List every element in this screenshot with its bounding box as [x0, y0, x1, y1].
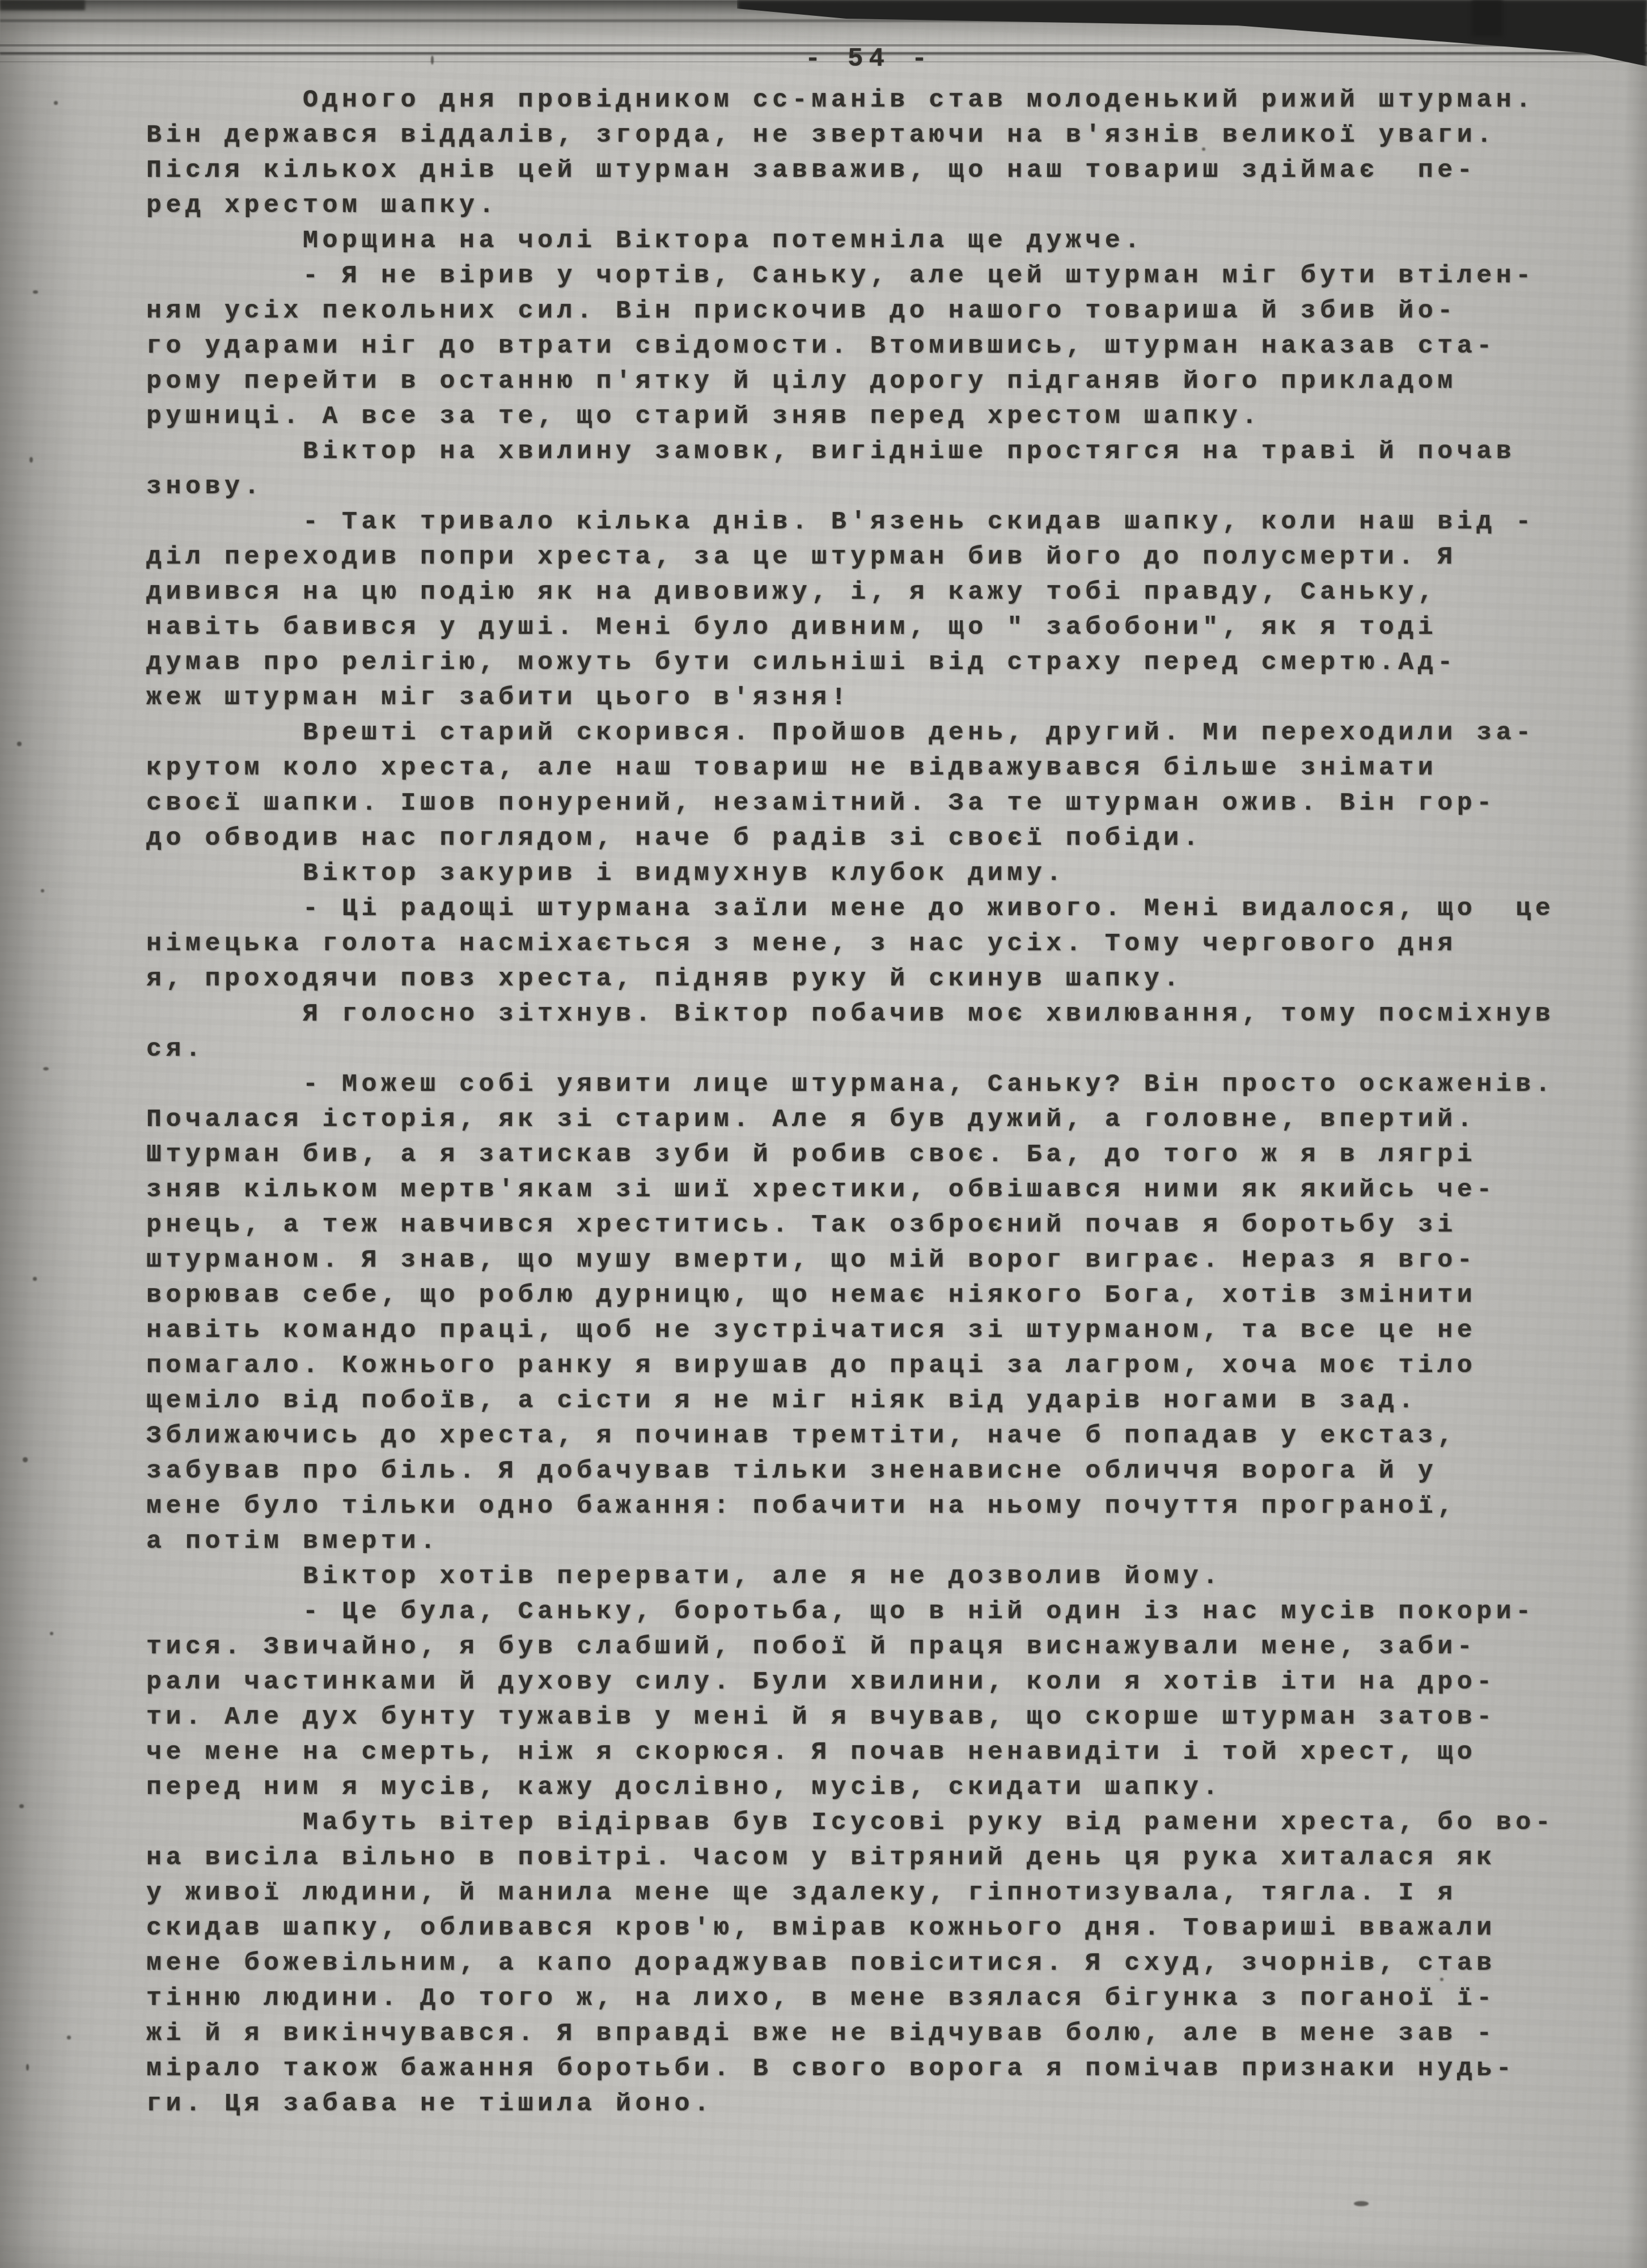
- ink-speck: [1354, 2201, 1369, 2206]
- paragraph: - Я не вірив у чортів, Саньку, але цей ш…: [146, 259, 1602, 434]
- document-page: - 54 - Одного дня провідником сс-манів с…: [0, 0, 1647, 2268]
- text-line: щеміло від побоїв, а сісти я не міг ніяк…: [146, 1383, 1602, 1419]
- text-line: дивився на цю подію як на дивовижу, і, я…: [146, 575, 1602, 610]
- text-line: рушниці. А все за те, що старий зняв пер…: [146, 399, 1602, 434]
- ink-speck: [23, 1457, 28, 1462]
- text-line: го ударами ніг до втрати свідомости. Вто…: [146, 329, 1602, 364]
- text-line: жеж штурман міг забити цього в'язня!: [146, 680, 1602, 716]
- scan-topleft-nib: [0, 0, 85, 10]
- text-line: мене божевільним, а капо дораджував пові…: [146, 1946, 1602, 1981]
- text-line: навіть командо праці, щоб не зустрічатис…: [146, 1313, 1602, 1348]
- text-line: Віктор на хвилину замовк, вигідніше прос…: [146, 434, 1602, 469]
- paragraph: Морщина на чолі Віктора потемніла ще дуж…: [146, 223, 1602, 259]
- text-line: - Ці радощі штурмана заїли мене до живог…: [146, 891, 1602, 926]
- text-line: забував про біль. Я добачував тільки зне…: [146, 1454, 1602, 1489]
- text-line: ред хрестом шапку.: [146, 188, 1602, 223]
- ink-speck: [33, 1277, 37, 1281]
- text-line: рому перейти в останню п'ятку й цілу дор…: [146, 364, 1602, 399]
- text-line: до обводив нас поглядом, наче б радів зі…: [146, 821, 1602, 856]
- text-line: штурманом. Я знав, що мушу вмерти, що мі…: [146, 1243, 1602, 1278]
- text-block: Одного дня провідником сс-манів став мол…: [146, 83, 1602, 2122]
- text-line: а потім вмерти.: [146, 1524, 1602, 1559]
- ink-speck: [50, 1632, 53, 1635]
- text-line: Мабуть вітер відірвав був Ісусові руку в…: [146, 1805, 1602, 1840]
- paragraph: - Ці радощі штурмана заїли мене до живог…: [146, 891, 1602, 997]
- paragraph: Віктор закурив і видмухнув клубок диму.: [146, 856, 1602, 891]
- text-line: Віктор хотів перервати, але я не дозволи…: [146, 1559, 1602, 1594]
- text-line: Він держався віддалів, згорда, не зверта…: [146, 118, 1602, 153]
- ink-speck: [54, 101, 58, 105]
- ink-speck: [33, 290, 38, 294]
- text-line: - Це була, Саньку, боротьба, що в ній од…: [146, 1594, 1602, 1630]
- text-line: рали частинками й духову силу. Були хвил…: [146, 1665, 1602, 1700]
- text-line: Морщина на чолі Віктора потемніла ще дуж…: [146, 223, 1602, 259]
- paragraph: - Це була, Саньку, боротьба, що в ній од…: [146, 1594, 1602, 1805]
- ink-speck: [26, 2064, 29, 2071]
- text-line: мене було тільки одно бажання: побачити …: [146, 1489, 1602, 1524]
- text-line: Зближаючись до хреста, я починав тремтіт…: [146, 1419, 1602, 1454]
- page-number: - 54 -: [45, 44, 1647, 74]
- text-line: ти. Але дух бунту тужавів у мені й я вчу…: [146, 1700, 1602, 1735]
- text-line: Після кількох днів цей штурман завважив,…: [146, 153, 1602, 188]
- text-line: Віктор закурив і видмухнув клубок диму.: [146, 856, 1602, 891]
- ink-speck: [29, 457, 33, 463]
- text-line: ворював себе, що роблю дурницю, що немає…: [146, 1278, 1602, 1313]
- text-line: ги. Ця забава не тішила йоно.: [146, 2087, 1602, 2122]
- text-line: перед ним я мусів, кажу дослівно, мусів,…: [146, 1770, 1602, 1805]
- text-line: у живої людини, й манила мене ще здалеку…: [146, 1876, 1602, 1911]
- text-line: помагало. Кожнього ранку я вирушав до пр…: [146, 1348, 1602, 1383]
- text-line: жі й я викінчувався. Я вправді вже не ві…: [146, 2016, 1602, 2051]
- ink-speck: [17, 742, 22, 746]
- text-line: думав про релігію, можуть бути сильніші …: [146, 645, 1602, 680]
- text-line: - Я не вірив у чортів, Саньку, але цей ш…: [146, 259, 1602, 294]
- ink-speck: [43, 1067, 49, 1070]
- text-line: ся.: [146, 1032, 1602, 1067]
- text-line: скидав шапку, обливався кров'ю, вмірав к…: [146, 1911, 1602, 1946]
- text-line: рнець, а теж навчився хреститись. Так оз…: [146, 1208, 1602, 1243]
- paragraph: Одного дня провідником сс-манів став мол…: [146, 83, 1602, 223]
- text-line: зняв кільком мертв'якам зі шиї хрестики,…: [146, 1173, 1602, 1208]
- paragraph: - Можеш собі уявити лице штурмана, Саньк…: [146, 1067, 1602, 1559]
- text-line: че мене на смерть, ніж я скорюся. Я поча…: [146, 1735, 1602, 1770]
- ink-speck: [41, 889, 44, 892]
- ink-speck: [67, 2036, 71, 2039]
- paragraph: - Так тривало кілька днів. В'язень скида…: [146, 505, 1602, 716]
- paragraph: Віктор хотів перервати, але я не дозволи…: [146, 1559, 1602, 1594]
- text-line: Врешті старий скорився. Пройшов день, др…: [146, 716, 1602, 751]
- scan-corner-streak: [1472, 0, 1502, 36]
- text-line: я, проходячи повз хреста, підняв руку й …: [146, 962, 1602, 997]
- text-line: тінню людини. До того ж, на лихо, в мене…: [146, 1981, 1602, 2016]
- text-line: Почалася історія, як зі старим. Але я бу…: [146, 1102, 1602, 1137]
- text-line: мірало також бажання боротьби. В свого в…: [146, 2051, 1602, 2087]
- text-line: - Можеш собі уявити лице штурмана, Саньк…: [146, 1067, 1602, 1102]
- text-line: ням усіх пекольних сил. Він прискочив до…: [146, 294, 1602, 329]
- text-line: Я голосно зітхнув. Віктор побачив моє хв…: [146, 997, 1602, 1032]
- text-line: своєї шапки. Ішов понурений, незамітний.…: [146, 786, 1602, 821]
- paragraph: Я голосно зітхнув. Віктор побачив моє хв…: [146, 997, 1602, 1067]
- text-line: Одного дня провідником сс-манів став мол…: [146, 83, 1602, 118]
- text-line: діл переходив попри хреста, за це штурма…: [146, 540, 1602, 575]
- text-line: знову.: [146, 469, 1602, 505]
- text-line: на висіла вільно в повітрі. Часом у вітр…: [146, 1840, 1602, 1876]
- text-line: - Так тривало кілька днів. В'язень скида…: [146, 505, 1602, 540]
- text-line: тися. Звичайно, я був слабший, побої й п…: [146, 1630, 1602, 1665]
- ink-speck: [19, 1804, 24, 1808]
- text-line: навіть бавився у душі. Мені було дивним,…: [146, 610, 1602, 645]
- paragraph: Мабуть вітер відірвав був Ісусові руку в…: [146, 1805, 1602, 2122]
- text-line: крутом коло хреста, але наш товариш не в…: [146, 751, 1602, 786]
- text-line: німецька голота насміхається з мене, з н…: [146, 926, 1602, 962]
- paragraph: Віктор на хвилину замовк, вигідніше прос…: [146, 434, 1602, 505]
- paragraph: Врешті старий скорився. Пройшов день, др…: [146, 716, 1602, 856]
- text-line: Штурман бив, а я затискав зуби й робив с…: [146, 1137, 1602, 1173]
